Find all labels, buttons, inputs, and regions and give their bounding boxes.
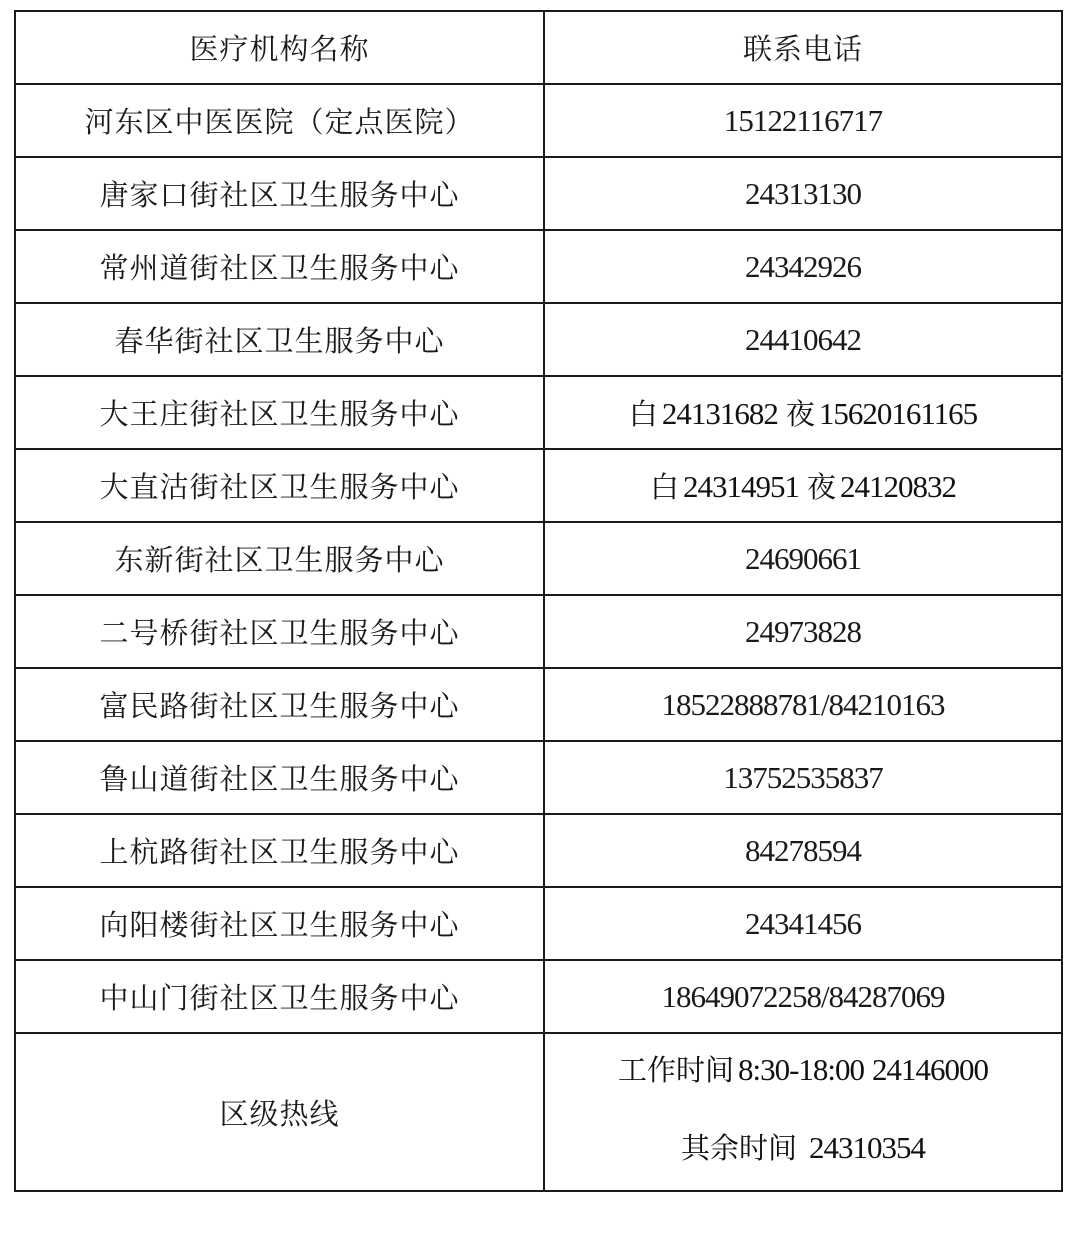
header-institution-name: 医疗机构名称 xyxy=(15,11,544,84)
table-row: 大直沽街社区卫生服务中心 白 24314951 夜 24120832 xyxy=(15,449,1062,522)
table-header-row: 医疗机构名称 联系电话 xyxy=(15,11,1062,84)
phone-number: 24690661 xyxy=(544,522,1062,595)
work-hours-phone: 24146000 xyxy=(872,1052,988,1087)
table-row: 富民路街社区卫生服务中心 18522888781/84210163 xyxy=(15,668,1062,741)
table-row: 河东区中医医院（定点医院） 15122116717 xyxy=(15,84,1062,157)
table-row: 上杭路街社区卫生服务中心 84278594 xyxy=(15,814,1062,887)
hotline-phones: 工作时间 8:30-18:00 24146000 其余时间 24310354 xyxy=(544,1033,1062,1191)
night-label: 夜 xyxy=(807,470,836,504)
institution-name: 大王庄街社区卫生服务中心 xyxy=(15,376,544,449)
institution-name: 二号桥街社区卫生服务中心 xyxy=(15,595,544,668)
institution-name: 富民路街社区卫生服务中心 xyxy=(15,668,544,741)
day-night-phone: 白 24131682 夜 15620161165 xyxy=(544,376,1062,449)
table-row: 向阳楼街社区卫生服务中心 24341456 xyxy=(15,887,1062,960)
other-hours-phone: 24310354 xyxy=(809,1130,925,1165)
institution-name: 大直沽街社区卫生服务中心 xyxy=(15,449,544,522)
table-row: 大王庄街社区卫生服务中心 白 24131682 夜 15620161165 xyxy=(15,376,1062,449)
institution-name: 中山门街社区卫生服务中心 xyxy=(15,960,544,1033)
phone-number: 24410642 xyxy=(544,303,1062,376)
medical-contacts-table: 医疗机构名称 联系电话 河东区中医医院（定点医院） 15122116717 唐家… xyxy=(14,10,1063,1192)
institution-name: 春华街社区卫生服务中心 xyxy=(15,303,544,376)
phone-number: 18649072258/84287069 xyxy=(544,960,1062,1033)
institution-name: 常州道街社区卫生服务中心 xyxy=(15,230,544,303)
institution-name: 河东区中医医院（定点医院） xyxy=(15,84,544,157)
work-hours-line: 工作时间 8:30-18:00 24146000 xyxy=(545,1034,1061,1112)
other-hours-label: 其余时间 xyxy=(681,1131,797,1165)
table-row: 常州道街社区卫生服务中心 24342926 xyxy=(15,230,1062,303)
institution-name: 向阳楼街社区卫生服务中心 xyxy=(15,887,544,960)
day-phone: 24131682 xyxy=(662,396,778,431)
phone-number: 18522888781/84210163 xyxy=(544,668,1062,741)
table-row: 春华街社区卫生服务中心 24410642 xyxy=(15,303,1062,376)
night-phone: 15620161165 xyxy=(819,396,977,431)
phone-number: 15122116717 xyxy=(544,84,1062,157)
other-hours-line: 其余时间 24310354 xyxy=(545,1112,1061,1190)
table-row: 东新街社区卫生服务中心 24690661 xyxy=(15,522,1062,595)
phone-number: 24341456 xyxy=(544,887,1062,960)
night-label: 夜 xyxy=(786,397,815,431)
institution-name: 东新街社区卫生服务中心 xyxy=(15,522,544,595)
table-row: 鲁山道街社区卫生服务中心 13752535837 xyxy=(15,741,1062,814)
phone-number: 24342926 xyxy=(544,230,1062,303)
day-phone: 24314951 xyxy=(683,469,799,504)
phone-number: 84278594 xyxy=(544,814,1062,887)
hotline-row: 区级热线 工作时间 8:30-18:00 24146000 其余时间 24310… xyxy=(15,1033,1062,1191)
header-phone: 联系电话 xyxy=(544,11,1062,84)
hotline-name: 区级热线 xyxy=(15,1033,544,1191)
table-row: 中山门街社区卫生服务中心 18649072258/84287069 xyxy=(15,960,1062,1033)
table-row: 唐家口街社区卫生服务中心 24313130 xyxy=(15,157,1062,230)
phone-number: 13752535837 xyxy=(544,741,1062,814)
night-phone: 24120832 xyxy=(840,469,956,504)
table-row: 二号桥街社区卫生服务中心 24973828 xyxy=(15,595,1062,668)
day-night-phone: 白 24314951 夜 24120832 xyxy=(544,449,1062,522)
day-label: 白 xyxy=(629,397,658,431)
work-hours-range: 8:30-18:00 xyxy=(738,1052,864,1087)
work-hours-label: 工作时间 xyxy=(618,1053,734,1087)
day-label: 白 xyxy=(650,470,679,504)
phone-number: 24973828 xyxy=(544,595,1062,668)
institution-name: 上杭路街社区卫生服务中心 xyxy=(15,814,544,887)
phone-number: 24313130 xyxy=(544,157,1062,230)
institution-name: 鲁山道街社区卫生服务中心 xyxy=(15,741,544,814)
institution-name: 唐家口街社区卫生服务中心 xyxy=(15,157,544,230)
